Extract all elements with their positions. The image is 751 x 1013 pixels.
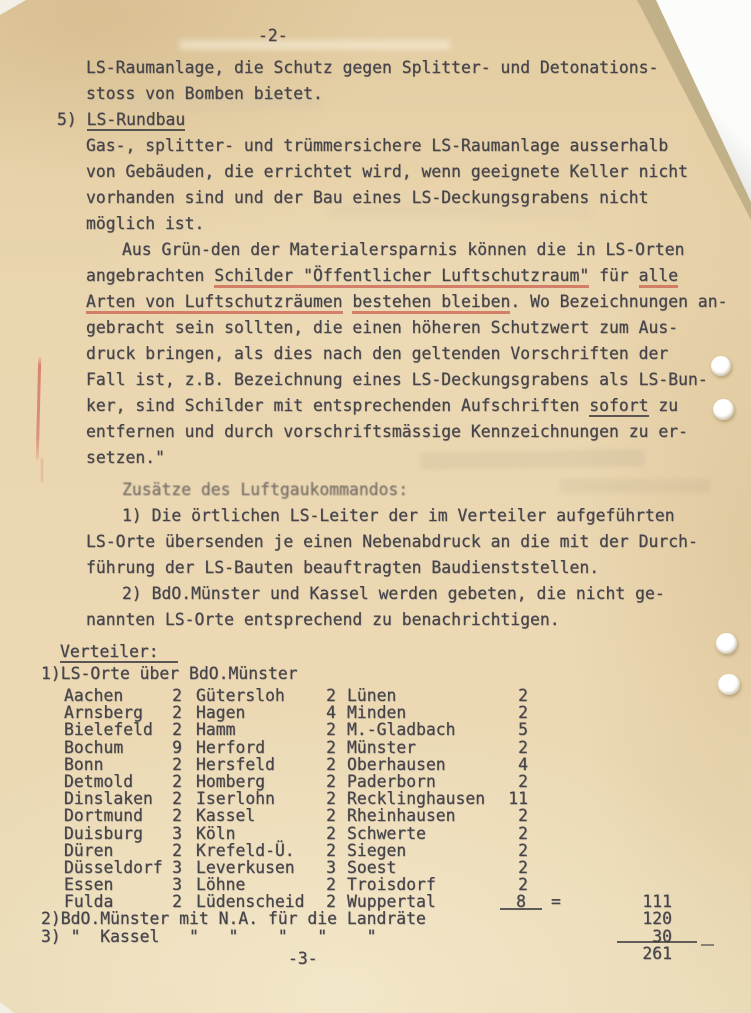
text-segment: 2) BdO.Münster und Kassel werden gebeten… bbox=[122, 584, 665, 603]
city-name: Düren bbox=[64, 842, 113, 859]
underlined-text: LS-Rundbau bbox=[87, 110, 186, 131]
list-item-ls-orte: 1)LS-Orte über BdO.Münster bbox=[0, 661, 751, 687]
copy-count: 2 bbox=[294, 807, 336, 824]
city-name: Herford bbox=[196, 739, 265, 756]
distribution-table: Aachen2Gütersloh2Lünen2Arnsberg2Hagen4Mi… bbox=[0, 687, 751, 945]
copy-count: 2 bbox=[294, 773, 336, 790]
table-row: Aachen2Gütersloh2Lünen2 bbox=[0, 687, 751, 704]
copy-count: 2 bbox=[140, 756, 182, 773]
city-name: Bochum bbox=[64, 739, 123, 756]
table-row: Dinslaken2Iserlohn2Recklinghausen11 bbox=[0, 790, 751, 807]
table-row: Düsseldorf3Leverkusen3Soest2 bbox=[0, 859, 751, 876]
copy-count: 2 bbox=[140, 773, 182, 790]
city-name: Oberhausen bbox=[347, 756, 446, 773]
table-row: Bochum9Herford2Münster2 bbox=[0, 739, 751, 756]
copy-count: 2 bbox=[294, 790, 336, 807]
copy-count: 8 bbox=[500, 893, 542, 910]
doc-line: druck bringen, als dies nach den geltend… bbox=[0, 341, 751, 367]
table-row: Detmold2Homberg2Paderborn2 bbox=[0, 773, 751, 790]
copy-count: 4 bbox=[294, 704, 336, 721]
city-name: Aachen bbox=[64, 687, 123, 704]
copy-count: 2 bbox=[140, 721, 182, 738]
text-segment: nannten LS-Orte entsprechend zu benachri… bbox=[86, 610, 560, 629]
text-segment: LS-Raumanlage, die Schutz gegen Splitter… bbox=[86, 58, 658, 77]
text-segment: vorhanden sind und der Bau eines LS-Deck… bbox=[86, 188, 648, 207]
paper-corner-bottom-left bbox=[0, 1002, 14, 1013]
city-name: Lünen bbox=[347, 687, 396, 704]
zusaetze-heading: Zusätze des Luftgaukommandos: bbox=[0, 477, 751, 503]
page-number-bottom: -3- bbox=[288, 949, 318, 968]
copy-count: 2 bbox=[140, 790, 182, 807]
doc-line: vorhanden sind und der Bau eines LS-Deck… bbox=[0, 185, 751, 211]
copy-count: 11 bbox=[452, 790, 528, 807]
city-name: Duisburg bbox=[64, 825, 143, 842]
doc-line: stoss von Bomben bietet. bbox=[0, 81, 751, 107]
text-segment: LS-Orte übersenden je einen Nebenabdruck… bbox=[86, 532, 698, 551]
city-name: Münster bbox=[347, 739, 416, 756]
underlined-text: Verteiler: bbox=[60, 642, 178, 663]
table-row: Arnsberg2Hagen4Minden2 bbox=[0, 704, 751, 721]
underlined-text: bestehen bleiben bbox=[352, 292, 510, 314]
city-name: Gütersloh bbox=[196, 687, 285, 704]
table-row: Bielefeld2Hamm2M.-Gladbach5 bbox=[0, 721, 751, 738]
doc-line: entfernen und durch vorschriftsmässige K… bbox=[0, 419, 751, 445]
text-segment: entfernen und durch vorschriftsmässige K… bbox=[86, 422, 688, 441]
copy-count: 2 bbox=[294, 739, 336, 756]
copy-count: 2 bbox=[452, 842, 528, 859]
row-text: 3) " Kassel " " " " " bbox=[41, 928, 377, 945]
subtotal: 111 bbox=[606, 893, 672, 910]
underlined-text: Arten von Luftschutzräumen bbox=[86, 292, 343, 314]
city-name: Essen bbox=[64, 876, 113, 893]
text-segment: von Gebäuden, die errichtet wird, wenn g… bbox=[86, 162, 688, 181]
copy-count: 9 bbox=[140, 739, 182, 756]
table-row: Düren2Krefeld-Ü.2Siegen2 bbox=[0, 842, 751, 859]
document-page: -2- LS-Raumanlage, die Schutz gegen Spli… bbox=[0, 0, 751, 1013]
copy-count: 3 bbox=[140, 859, 182, 876]
table-row: Bonn2Hersfeld2Oberhausen4 bbox=[0, 756, 751, 773]
subtotal: 120 bbox=[606, 910, 672, 927]
copy-count: 2 bbox=[452, 876, 528, 893]
copy-count: 2 bbox=[452, 825, 528, 842]
text-segment: Aus Grün-den der Materialersparnis könne… bbox=[122, 240, 684, 259]
document-body: LS-Raumanlage, die Schutz gegen Splitter… bbox=[0, 55, 751, 687]
copy-count: 3 bbox=[140, 876, 182, 893]
city-name: Siegen bbox=[347, 842, 406, 859]
text-segment: zu bbox=[649, 396, 679, 415]
city-name: Köln bbox=[196, 825, 235, 842]
city-name: Dortmund bbox=[64, 807, 143, 824]
city-name: Rheinhausen bbox=[347, 807, 456, 824]
city-name: Schwerte bbox=[347, 825, 426, 842]
city-name: Detmold bbox=[64, 773, 133, 790]
copy-count: 2 bbox=[140, 893, 182, 910]
city-name: Krefeld-Ü. bbox=[196, 842, 295, 859]
doc-line: nannten LS-Orte entsprechend zu benachri… bbox=[0, 607, 751, 633]
copy-count: 2 bbox=[294, 756, 336, 773]
city-name: Hamm bbox=[196, 721, 235, 738]
copy-count: 2 bbox=[452, 687, 528, 704]
city-name: Wuppertal bbox=[347, 893, 436, 910]
text-segment bbox=[343, 292, 353, 311]
underlined-text: sofort bbox=[589, 396, 648, 417]
copy-count: 2 bbox=[140, 704, 182, 721]
city-name: Hagen bbox=[196, 704, 245, 721]
sum-rule bbox=[617, 941, 697, 943]
city-name: Fulda bbox=[64, 893, 113, 910]
text-segment: stoss von Bomben bietet. bbox=[86, 84, 323, 103]
copy-count: 2 bbox=[452, 704, 528, 721]
doc-line: Aus Grün-den der Materialersparnis könne… bbox=[0, 237, 751, 263]
copy-count: 3 bbox=[294, 859, 336, 876]
city-name: Kassel bbox=[196, 807, 255, 824]
doc-line: von Gebäuden, die errichtet wird, wenn g… bbox=[0, 159, 751, 185]
city-name: Bonn bbox=[64, 756, 103, 773]
city-name: Homberg bbox=[196, 773, 265, 790]
text-segment: Gas-, splitter- und trümmersichere LS-Ra… bbox=[86, 136, 668, 155]
copy-count: 3 bbox=[140, 825, 182, 842]
city-name: M.-Gladbach bbox=[347, 721, 456, 738]
copy-count: 2 bbox=[452, 859, 528, 876]
city-name: Troisdorf bbox=[347, 876, 436, 893]
copy-count: 2 bbox=[140, 807, 182, 824]
copy-count: 2 bbox=[294, 687, 336, 704]
doc-line: führung der LS-Bauten beauftragten Baudi… bbox=[0, 555, 751, 581]
city-name: Minden bbox=[347, 704, 406, 721]
copy-count: 4 bbox=[452, 756, 528, 773]
city-name: Arnsberg bbox=[64, 704, 143, 721]
text-segment: ker, sind Schilder mit entsprechenden Au… bbox=[86, 396, 589, 415]
text-segment: Zusätze des Luftgaukommandos: bbox=[122, 480, 408, 499]
table-row: Dortmund2Kassel2Rheinhausen2 bbox=[0, 807, 751, 824]
text-segment: angebrachten bbox=[86, 266, 214, 285]
paper-streak bbox=[180, 40, 450, 50]
copy-count: 2 bbox=[140, 687, 182, 704]
city-name: Iserlohn bbox=[196, 790, 275, 807]
doc-line: setzen." bbox=[0, 445, 751, 471]
text-segment: druck bringen, als dies nach den geltend… bbox=[86, 344, 668, 363]
copy-count: 2 bbox=[452, 807, 528, 824]
copy-count: 2 bbox=[294, 721, 336, 738]
underlined-text: alle bbox=[639, 266, 678, 288]
text-segment: möglich ist. bbox=[86, 214, 204, 233]
doc-line: LS-Raumanlage, die Schutz gegen Splitter… bbox=[0, 55, 751, 81]
text-segment: . Wo Bezeichnungen an- bbox=[510, 292, 727, 311]
text-segment: 1)LS-Orte über BdO.Münster bbox=[41, 664, 298, 683]
text-segment: 5) bbox=[57, 110, 87, 129]
copy-count: 2 bbox=[294, 842, 336, 859]
table-row: Essen3Löhne2Troisdorf2 bbox=[0, 876, 751, 893]
doc-line: 1) Die örtlichen LS-Leiter der im Vertei… bbox=[0, 503, 751, 529]
doc-line: 2) BdO.Münster und Kassel werden gebeten… bbox=[0, 581, 751, 607]
page-number-top: -2- bbox=[258, 26, 288, 45]
table-row: Fulda2Lüdenscheid2Wuppertal8=111 bbox=[0, 893, 751, 910]
city-name: Hersfeld bbox=[196, 756, 275, 773]
city-name: Löhne bbox=[196, 876, 245, 893]
copy-count: 5 bbox=[452, 721, 528, 738]
text-segment: gebracht sein sollten, die einen höheren… bbox=[86, 318, 678, 337]
grand-total: 261 bbox=[606, 944, 672, 963]
equals-sign: = bbox=[551, 893, 561, 910]
copy-count: 2 bbox=[294, 893, 336, 910]
doc-line: Fall ist, z.B. Bezeichnung eines LS-Deck… bbox=[0, 367, 751, 393]
table-row: Duisburg3Köln2Schwerte2 bbox=[0, 825, 751, 842]
city-name: Lüdenscheid bbox=[196, 893, 305, 910]
text-segment: 1) Die örtlichen LS-Leiter der im Vertei… bbox=[122, 506, 675, 525]
city-name: Soest bbox=[347, 859, 396, 876]
doc-line: möglich ist. bbox=[0, 211, 751, 237]
row-text: 2)BdO.Münster mit N.A. für die Landräte bbox=[41, 910, 426, 927]
copy-count: 2 bbox=[294, 825, 336, 842]
doc-line: gebracht sein sollten, die einen höheren… bbox=[0, 315, 751, 341]
copy-count: 2 bbox=[452, 739, 528, 756]
text-segment: für bbox=[589, 266, 638, 285]
sum-rule-dash bbox=[701, 944, 714, 946]
doc-line: Gas-, splitter- und trümmersichere LS-Ra… bbox=[0, 133, 751, 159]
city-name: Leverkusen bbox=[196, 859, 295, 876]
doc-line: Arten von Luftschutzräumen bestehen blei… bbox=[0, 289, 751, 315]
text-segment: Fall ist, z.B. Bezeichnung eines LS-Deck… bbox=[86, 370, 708, 389]
copy-count: 2 bbox=[452, 773, 528, 790]
table-row: 2)BdO.Münster mit N.A. für die Landräte1… bbox=[0, 910, 751, 927]
copy-count: 2 bbox=[140, 842, 182, 859]
text-segment: führung der LS-Bauten beauftragten Baudi… bbox=[86, 558, 599, 577]
text-segment: setzen." bbox=[86, 448, 165, 467]
doc-line: angebrachten Schilder "Öffentlicher Luft… bbox=[0, 263, 751, 289]
doc-line: ker, sind Schilder mit entsprechenden Au… bbox=[0, 393, 751, 419]
doc-line: LS-Orte übersenden je einen Nebenabdruck… bbox=[0, 529, 751, 555]
section-heading-ls-rundbau: 5) LS-Rundbau bbox=[0, 107, 751, 133]
copy-count: 2 bbox=[294, 876, 336, 893]
underlined-text: Schilder "Öffentlicher Luftschutzraum" bbox=[214, 266, 589, 288]
paper-corner-top-left bbox=[0, 0, 26, 15]
city-name: Paderborn bbox=[347, 773, 436, 790]
